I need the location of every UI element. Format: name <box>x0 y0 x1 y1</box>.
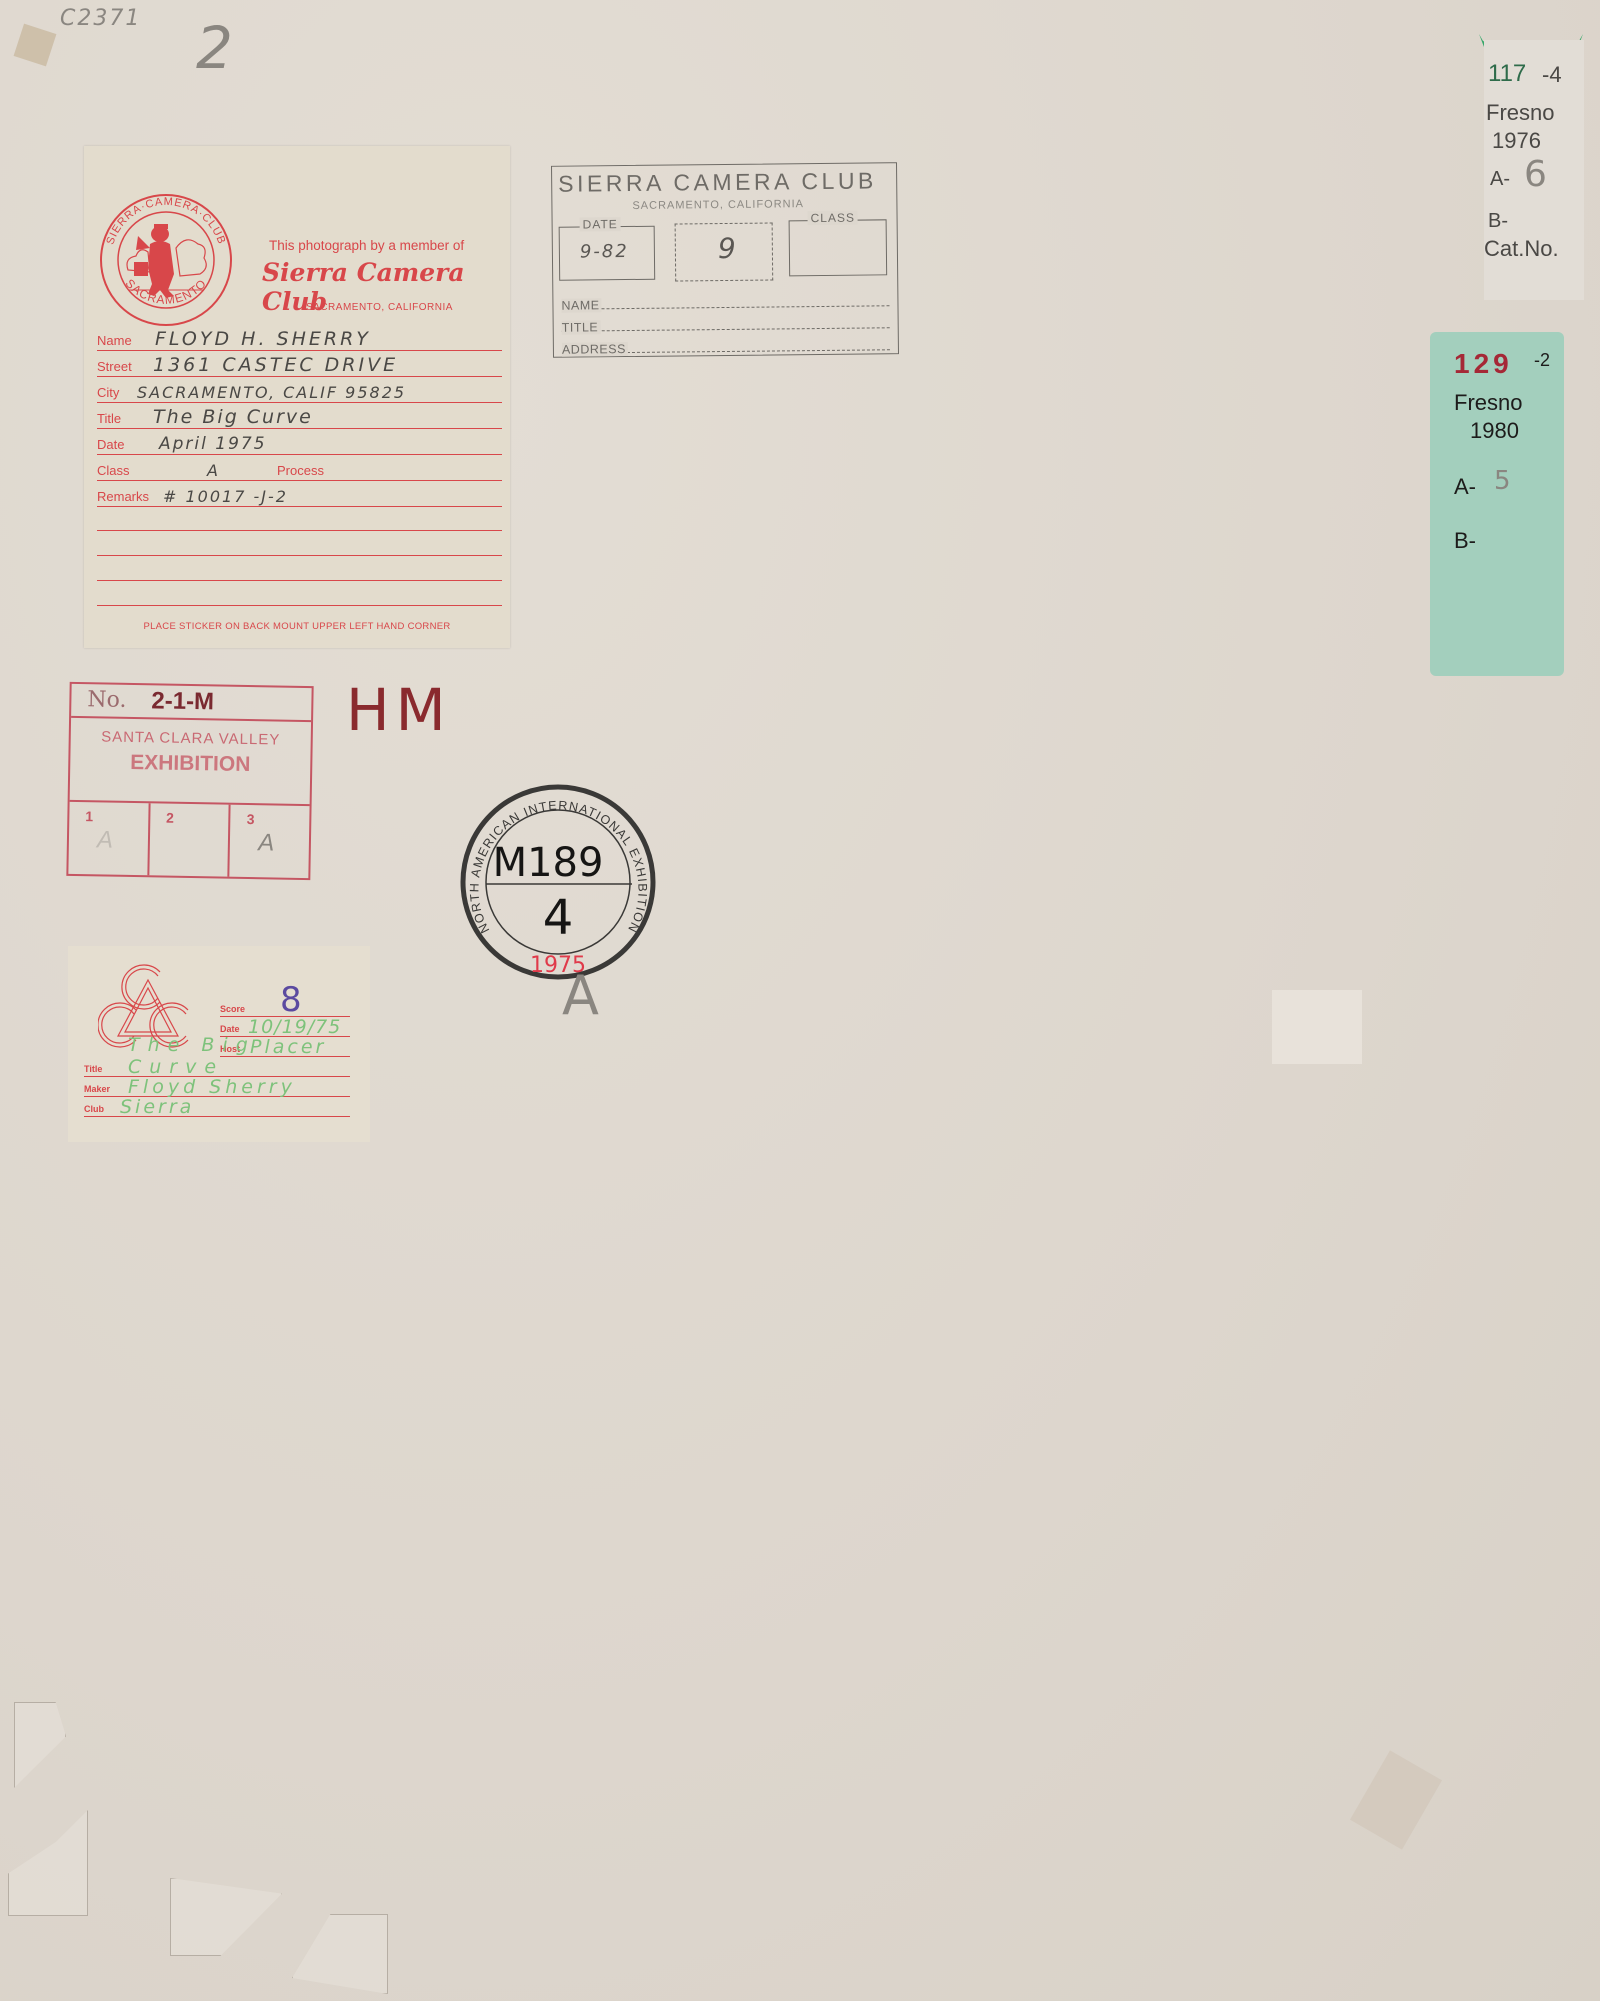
entry-code: M189 <box>493 840 604 886</box>
pencil-a-mark: A <box>562 964 599 1027</box>
stamp-score-box: 9 <box>675 222 774 281</box>
cacc-sticker: Score 8 Date 10/19/75 Host Placer Title … <box>68 946 370 1142</box>
a-score: 5 <box>1494 466 1511 496</box>
judge-cell-1: 1A <box>68 802 150 875</box>
field-club: Club Sierra <box>84 1096 350 1117</box>
judge-cell-3: 3A <box>230 805 310 878</box>
field-remarks: Remarks # 10017 -J-2 <box>97 480 502 507</box>
blank-line <box>97 530 502 531</box>
blank-line <box>97 555 502 556</box>
exhibition-year: 1976 <box>1492 128 1541 154</box>
stamp-name-line: NAME <box>561 285 889 309</box>
sheet-number: 2 <box>196 14 233 82</box>
stamp-date-box: DATE 9-82 <box>559 226 656 281</box>
field-name: Name FLOYD H. SHERRY <box>97 324 502 351</box>
exhibition-label: EXHIBITION <box>70 750 310 778</box>
judge-cell-2: 2 <box>149 803 231 876</box>
tape-remnant <box>14 1702 66 1788</box>
blank-line <box>97 605 502 606</box>
stamp-subtitle: SACRAMENTO, CALIFORNIA <box>632 198 804 212</box>
fresno-1980-label: 129 -2 Fresno 1980 A- 5 B- <box>1430 332 1564 676</box>
tape-residue <box>14 24 57 67</box>
stamp-class-box: CLASS <box>789 219 888 276</box>
a-score: 6 <box>1524 154 1547 195</box>
no-label: No. <box>87 687 127 713</box>
stamp-title-line: TITLE <box>562 307 890 331</box>
b-label: B- <box>1488 210 1508 233</box>
a-label: A- <box>1454 474 1476 500</box>
exhibition-city: Fresno <box>1486 100 1554 126</box>
stamp-title: SIERRA CAMERA CLUB <box>558 167 877 197</box>
b-label: B- <box>1454 528 1476 554</box>
sticker-location: SACRAMENTO, CALIFORNIA <box>306 302 453 313</box>
club-logo-icon: SIERRA·CAMERA·CLUB SACRAMENTO <box>98 192 234 328</box>
honorable-mention-mark: HM <box>346 676 452 744</box>
cat-no-label: Cat.No. <box>1484 236 1559 262</box>
entry-number: 117 <box>1488 60 1526 88</box>
inventory-code: C2371 <box>60 6 141 31</box>
blank-line <box>97 580 502 581</box>
north-american-international-seal: NORTH AMERICAN INTERNATIONAL EXHIBITION … <box>460 784 656 980</box>
entry-suffix: -2 <box>1534 350 1550 371</box>
sierra-camera-club-stamp: SIERRA CAMERA CLUB SACRAMENTO, CALIFORNI… <box>551 162 899 358</box>
field-title: Title The Big Curve <box>97 402 502 429</box>
field-score: Score 8 <box>220 996 350 1017</box>
exhibition-city: Fresno <box>1454 390 1522 416</box>
adhesive-stain <box>1350 1750 1442 1849</box>
entry-suffix: -4 <box>1542 62 1562 88</box>
exhibition-year: 1980 <box>1470 418 1519 444</box>
sticker-tagline: This photograph by a member of <box>269 238 464 253</box>
tape-remnant <box>292 1914 388 1994</box>
exhibition-name: SANTA CLARA VALLEY <box>81 728 301 749</box>
santa-clara-valley-stamp: No. 2-1-M SANTA CLARA VALLEY EXHIBITION … <box>66 682 313 880</box>
entry-number: 2-1-M <box>151 687 214 716</box>
entry-number: 129 <box>1454 348 1513 380</box>
field-class: Class A Process <box>97 454 502 481</box>
a-label: A- <box>1490 168 1510 191</box>
acceptance-score: 4 <box>543 890 574 946</box>
field-street: Street 1361 CASTEC DRIVE <box>97 350 502 377</box>
field-maker: Maker Floyd Sherry <box>84 1076 350 1097</box>
tape-remnant <box>8 1810 88 1916</box>
fresno-1976-label: 117 -4 Fresno 1976 A- 6 B- Cat.No. <box>1484 40 1584 300</box>
adhesive-residue <box>1272 990 1362 1064</box>
field-city: City SACRAMENTO, CALIF 95825 <box>97 376 502 403</box>
stamp-address-line: ADDRESS <box>562 329 890 353</box>
field-date: Date April 1975 <box>97 428 502 455</box>
field-title: Title The Big Curve <box>84 1056 350 1077</box>
tape-remnant <box>170 1878 282 1956</box>
sticker-footer: PLACE STICKER ON BACK MOUNT UPPER LEFT H… <box>84 621 510 632</box>
sierra-camera-club-sticker: SIERRA·CAMERA·CLUB SACRAMENTO This photo… <box>84 146 510 648</box>
